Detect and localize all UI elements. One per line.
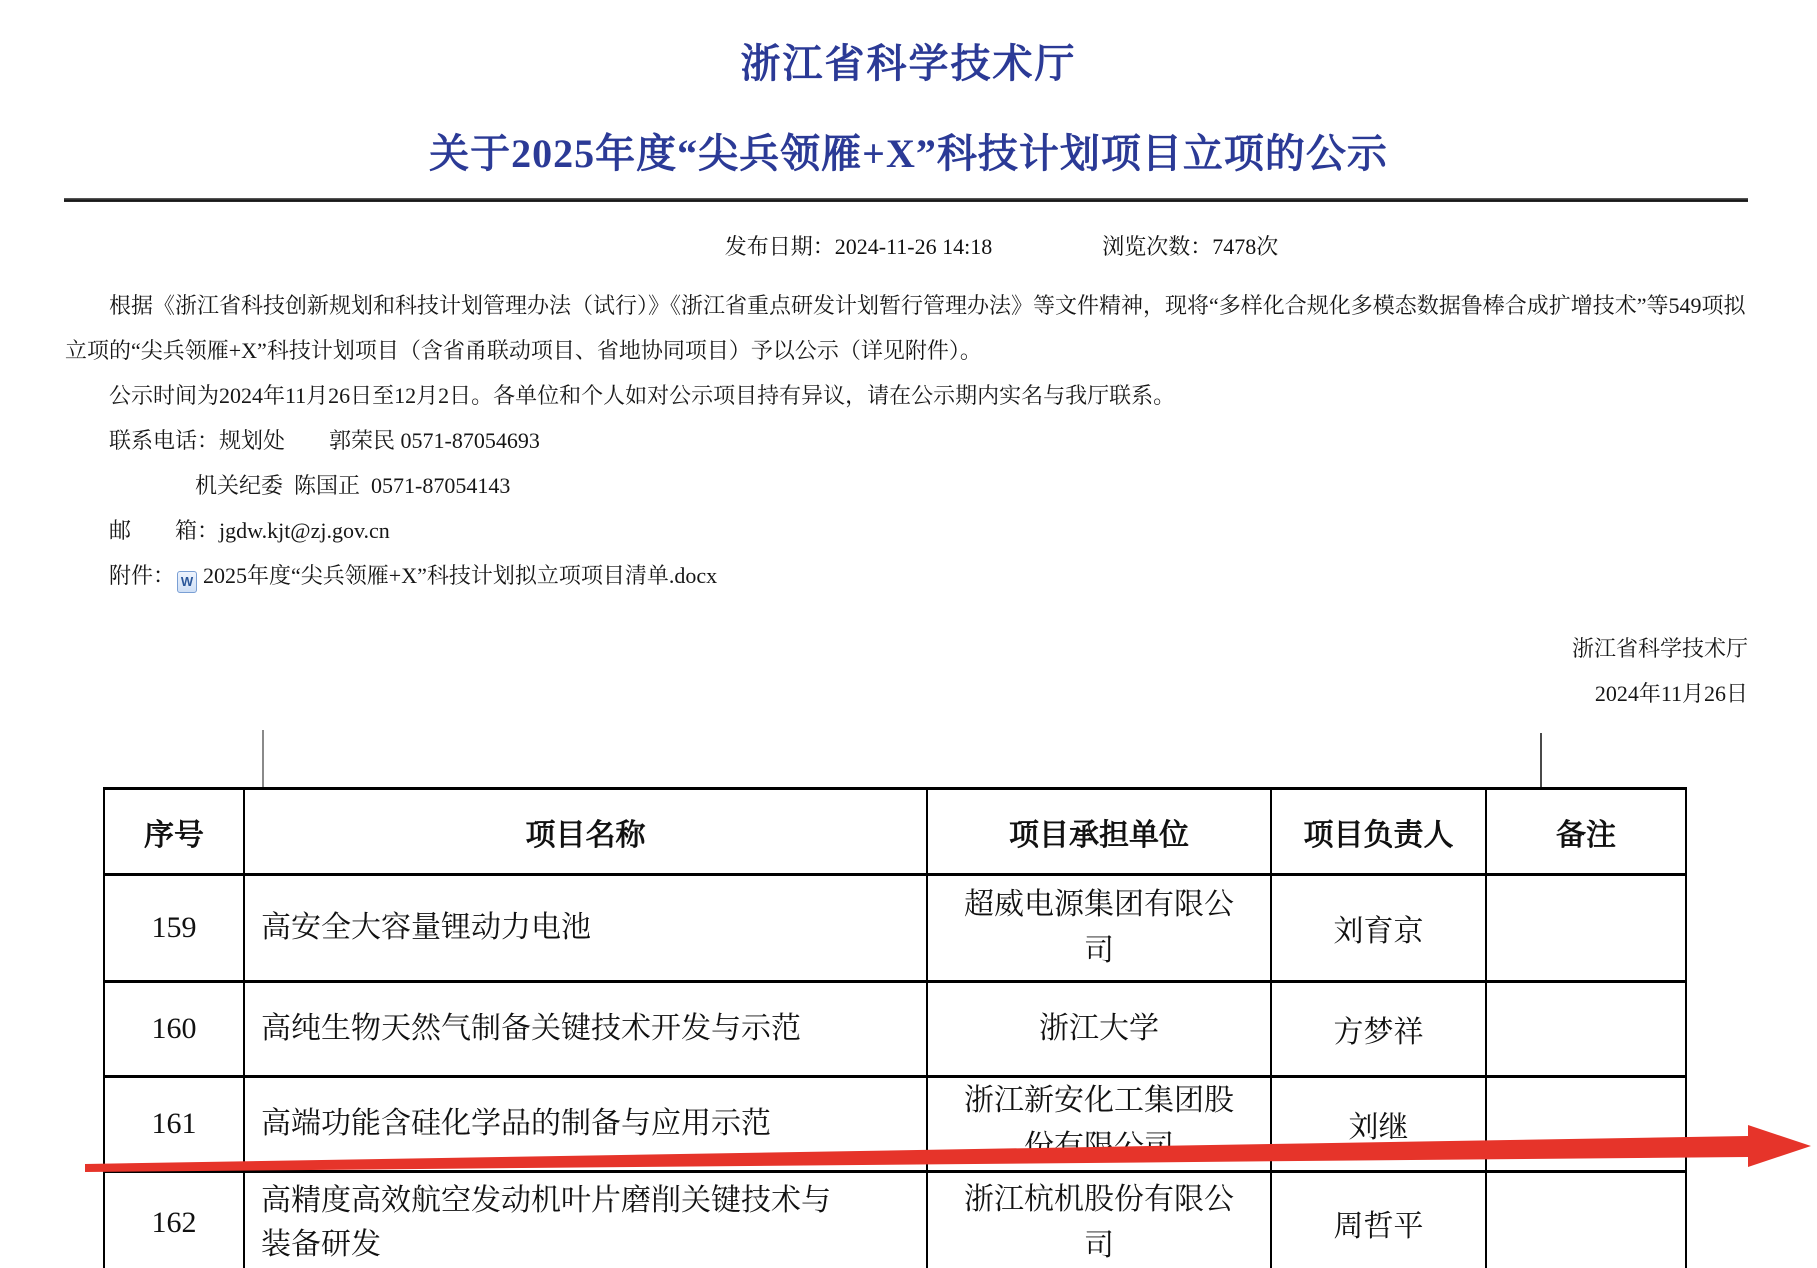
table-row: 162 高精度高效航空发动机叶片磨削关键技术与装备研发 浙江杭机股份有限公司 周…	[104, 1172, 1686, 1268]
cell-leader: 刘育京	[1271, 875, 1486, 982]
cell-undertaker: 超威电源集团有限公司	[927, 875, 1271, 982]
publish-date: 发布日期：2024-11-26 14:18	[725, 230, 992, 261]
cell-note	[1486, 982, 1686, 1077]
signature-date: 2024年11月26日	[65, 671, 1752, 716]
cell-project-name: 高精度高效航空发动机叶片磨削关键技术与装备研发	[244, 1172, 927, 1268]
cell-undertaker: 浙江杭机股份有限公司	[927, 1172, 1271, 1268]
signature-org: 浙江省科学技术厅	[65, 626, 1752, 671]
header-no: 序号	[104, 789, 244, 875]
cell-leader: 周哲平	[1271, 1172, 1486, 1268]
view-count-label: 浏览次数：	[1102, 234, 1212, 259]
document-page: 浙江省科学技术厅 关于2025年度“尖兵领雁+X”科技计划项目立项的公示 发布日…	[0, 0, 1817, 1268]
paragraph-publicity-period: 公示时间为2024年11月26日至12月2日。各单位和个人如对公示项目持有异议，…	[65, 373, 1752, 418]
cell-project-name: 高安全大容量锂动力电池	[244, 875, 927, 982]
attachment-line: 附件：W2025年度“尖兵领雁+X”科技计划拟立项项目清单.docx	[65, 553, 1752, 598]
table-row: 161 高端功能含硅化学品的制备与应用示范 浙江新安化工集团股份有限公司 刘继	[104, 1077, 1686, 1172]
cell-leader: 方梦祥	[1271, 982, 1486, 1077]
cell-no: 161	[104, 1077, 244, 1172]
cell-note	[1486, 1172, 1686, 1268]
email-label: 邮 箱：	[109, 518, 219, 543]
doc-title: 关于2025年度“尖兵领雁+X”科技计划项目立项的公示	[0, 122, 1817, 179]
project-table: 序号 项目名称 项目承担单位 项目负责人 备注 159 高安全大容量锂动力电池 …	[103, 787, 1687, 1268]
red-arrow-head	[1748, 1125, 1811, 1167]
publish-date-label: 发布日期：	[725, 234, 835, 259]
cell-note	[1486, 875, 1686, 982]
cell-project-name: 高端功能含硅化学品的制备与应用示范	[244, 1077, 927, 1172]
contact-phone-line: 联系电话：规划处 郭荣民 0571-87054693	[65, 418, 1752, 463]
cell-project-name: 高纯生物天然气制备关键技术开发与示范	[244, 982, 927, 1077]
publish-date-value: 2024-11-26 14:18	[835, 234, 992, 259]
view-count-value: 7478次	[1212, 234, 1278, 259]
table-column-line-fragment	[262, 730, 264, 787]
word-doc-icon: W	[177, 571, 197, 593]
cell-leader: 刘继	[1271, 1077, 1486, 1172]
attachment-label: 附件：	[109, 563, 175, 588]
table-row: 159 高安全大容量锂动力电池 超威电源集团有限公司 刘育京	[104, 875, 1686, 982]
table-column-line-fragment	[1540, 733, 1542, 787]
header-divider	[64, 198, 1748, 202]
cell-no: 160	[104, 982, 244, 1077]
cell-note	[1486, 1077, 1686, 1172]
document-body: 根据《浙江省科技创新规划和科技计划管理办法（试行）》《浙江省重点研发计划暂行管理…	[65, 283, 1752, 716]
paragraph-basis: 根据《浙江省科技创新规划和科技计划管理办法（试行）》《浙江省重点研发计划暂行管理…	[65, 283, 1752, 373]
view-count: 浏览次数：7478次	[1102, 230, 1278, 261]
cell-undertaker: 浙江新安化工集团股份有限公司	[927, 1077, 1271, 1172]
header-undertaker: 项目承担单位	[927, 789, 1271, 875]
org-title: 浙江省科学技术厅	[0, 32, 1817, 89]
email-line: 邮 箱：jgdw.kjt@zj.gov.cn	[65, 508, 1752, 553]
cell-undertaker: 浙江大学	[927, 982, 1271, 1077]
header-note: 备注	[1486, 789, 1686, 875]
table-row: 160 高纯生物天然气制备关键技术开发与示范 浙江大学 方梦祥	[104, 982, 1686, 1077]
contact-discipline-line: 机关纪委 陈国正 0571-87054143	[65, 463, 1752, 508]
meta-line: 发布日期：2024-11-26 14:18 浏览次数：7478次	[93, 230, 1817, 261]
cell-no: 159	[104, 875, 244, 982]
attachment-link[interactable]: 2025年度“尖兵领雁+X”科技计划拟立项项目清单.docx	[203, 563, 717, 588]
header-project-name: 项目名称	[244, 789, 927, 875]
cell-no: 162	[104, 1172, 244, 1268]
table-header-row: 序号 项目名称 项目承担单位 项目负责人 备注	[104, 789, 1686, 875]
header-leader: 项目负责人	[1271, 789, 1486, 875]
email-value: jgdw.kjt@zj.gov.cn	[219, 518, 390, 543]
